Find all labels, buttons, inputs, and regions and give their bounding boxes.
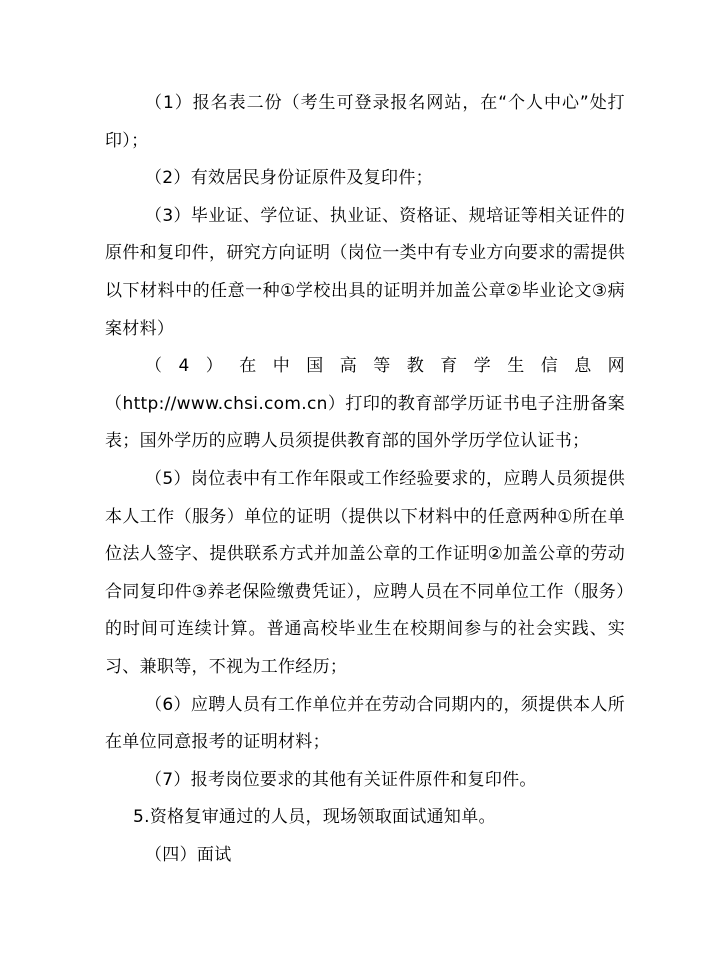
paragraph-item-6: （6）应聘人员有工作单位并在劳动合同期内的，须提供本人所在单位同意报考的证明材料… [105, 687, 625, 762]
document-page: （1）报名表二份（考生可登录报名网站，在“个人中心”处打印）； （2）有效居民身… [0, 0, 706, 973]
paragraph-item-4: （4）在中国高等教育学生信息网（http://www.chsi.com.cn）打… [105, 348, 625, 461]
paragraph-item-5: （5）岗位表中有工作年限或工作经验要求的，应聘人员须提供本人工作（服务）单位的证… [105, 461, 625, 687]
paragraph-item-1: （1）报名表二份（考生可登录报名网站，在“个人中心”处打印）； [105, 85, 625, 160]
section-heading-interview: （四）面试 [105, 837, 625, 875]
paragraph-item-7: （7）报考岗位要求的其他有关证件原件和复印件。 [105, 762, 625, 800]
paragraph-item-2: （2）有效居民身份证原件及复印件； [105, 160, 625, 198]
paragraph-step-5: 5.资格复审通过的人员，现场领取面试通知单。 [105, 799, 625, 837]
paragraph-item-3: （3）毕业证、学位证、执业证、资格证、规培证等相关证件的原件和复印件，研究方向证… [105, 198, 625, 348]
